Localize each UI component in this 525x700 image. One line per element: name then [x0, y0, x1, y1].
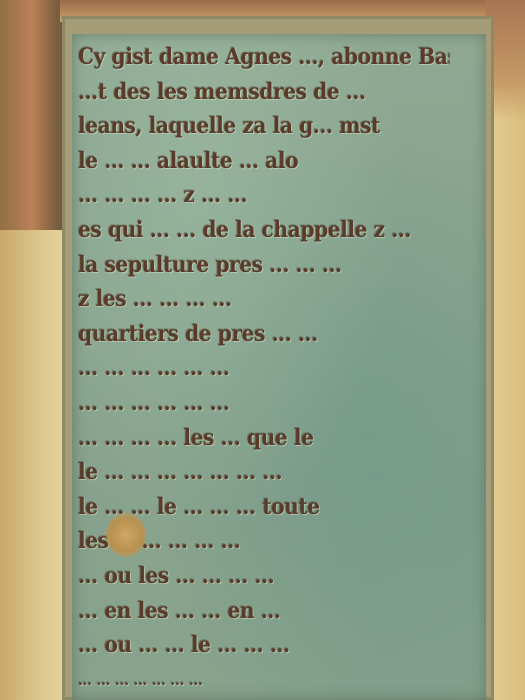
inscription-line: z les ... ... ... ...: [78, 282, 450, 317]
inscription-line: es qui ... ... de la chappelle z ...: [78, 213, 450, 248]
inscription-line: ... ... ... ... ... ...: [78, 386, 450, 421]
inscription-line: Cy gist dame Agnes ..., abonne Basse: [78, 40, 450, 75]
inscription-line: ... ... ... ... ... ...: [78, 351, 450, 386]
inscription-line: ... en les ... ... en ...: [78, 594, 450, 629]
inscription-line: ... ou les ... ... ... ...: [78, 559, 450, 594]
inscription-line: le ... ... ... ... ... ... ...: [78, 455, 450, 490]
inscription-line: ... ... ... ... les ... que le: [78, 421, 450, 456]
stone-stain: [106, 513, 146, 557]
inscription-line: quartiers de pres ... ...: [78, 317, 450, 352]
inscription-line: leans, laquelle za la g... mst: [78, 109, 450, 144]
inscription-line: la sepulture pres ... ... ...: [78, 248, 450, 283]
inscription-text: Cy gist dame Agnes ..., abonne Basse ...…: [78, 40, 482, 697]
inscription-line: le ... ... alaulte ... alo: [78, 144, 450, 179]
painted-wall-border-left: [0, 0, 70, 230]
inscription-line-final: ... ... ... ... ... ... ...: [78, 663, 450, 698]
stone-plaque: Cy gist dame Agnes ..., abonne Basse ...…: [72, 34, 486, 700]
inscription-line: ... ... ... ... z ... ...: [78, 178, 450, 213]
inscription-line: ... ou ... ... le ... ... ...: [78, 628, 450, 663]
inscription-line: ...t des les memsdres de ...: [78, 75, 450, 110]
